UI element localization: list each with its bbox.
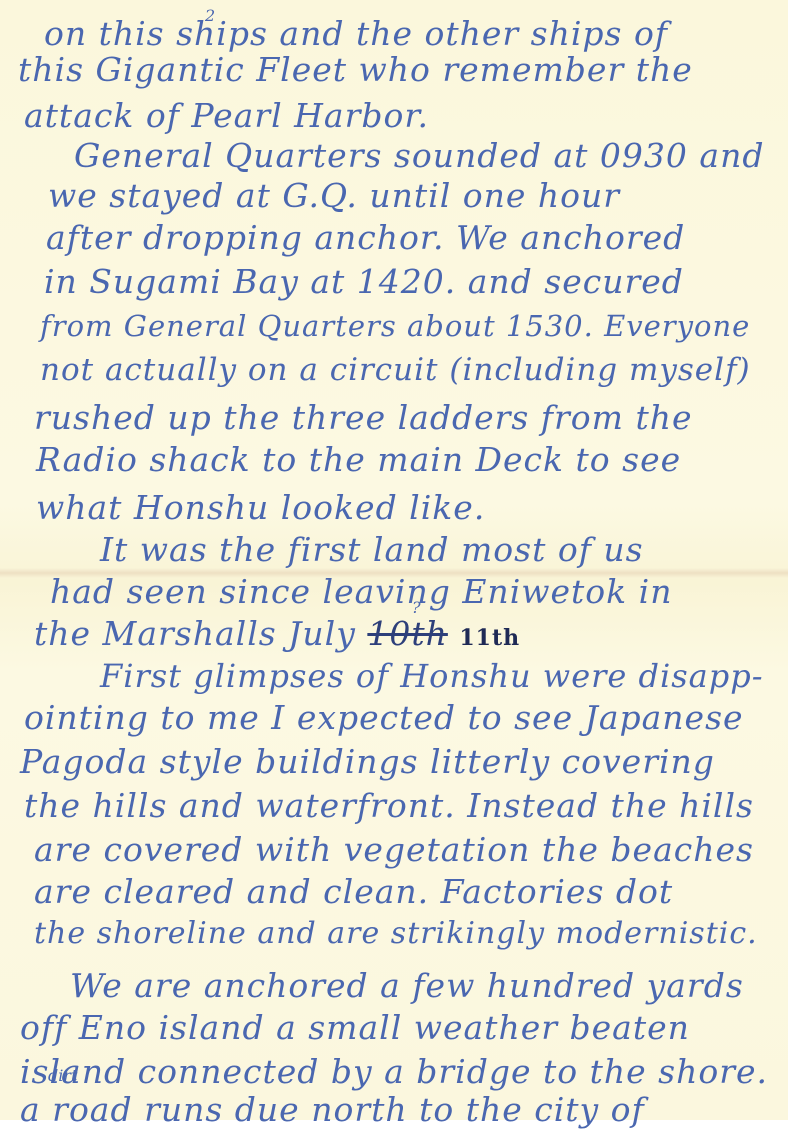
question-mark-annotation: ?	[412, 600, 421, 616]
text-line-10: rushed up the three ladders from the	[34, 398, 693, 438]
text-line-5: we stayed at G.Q. until one hour	[48, 176, 620, 216]
text-line-12: what Honshu looked like.	[36, 488, 485, 528]
text-line-14: had seen since leaving Eniwetok in	[50, 572, 672, 612]
text-line-18: Pagoda style buildings litterly covering	[20, 742, 715, 782]
text-line-6: after dropping anchor. We anchored	[46, 218, 685, 258]
text-line-1: on this ships and the other ships of	[44, 14, 668, 54]
text-line-3: attack of Pearl Harbor.	[24, 96, 429, 136]
text-line-22: the shoreline and are strikingly moderni…	[34, 914, 758, 954]
text-line-20: are covered with vegetation the beaches	[34, 830, 754, 870]
text-line-4: General Quarters sounded at 0930 and	[74, 136, 764, 176]
inserted-word-dirt: dirt	[48, 1068, 77, 1084]
text-line-24: off Eno island a small weather beaten	[20, 1008, 690, 1048]
text-line-17: ointing to me I expected to see Japanese	[24, 698, 744, 738]
letter-page: 2 on this ships and the other ships of t…	[0, 0, 788, 1120]
text-line-23: We are anchored a few hundred yards	[70, 966, 744, 1006]
text-line-15-main: the Marshalls July	[34, 614, 356, 653]
text-line-19: the hills and waterfront. Instead the hi…	[24, 786, 754, 826]
text-line-21: are cleared and clean. Factories dot	[34, 872, 673, 912]
text-line-7: in Sugami Bay at 1420. and secured	[44, 262, 684, 302]
text-line-16: First glimpses of Honshu were disapp-	[100, 656, 764, 696]
text-line-8: from General Quarters about 1530. Everyo…	[40, 306, 750, 346]
text-line-15: the Marshalls July 10th 11th	[34, 614, 520, 658]
corrected-date: 11th	[459, 625, 520, 651]
text-line-13: It was the first land most of us	[100, 530, 644, 570]
text-line-9: not actually on a circuit (including mys…	[40, 350, 751, 390]
text-line-11: Radio shack to the main Deck to see	[36, 440, 681, 480]
text-line-26: a road runs due north to the city of	[20, 1090, 645, 1130]
struck-date: 10th	[367, 614, 448, 653]
text-line-2: this Gigantic Fleet who remember the	[18, 50, 693, 90]
text-line-25: island connected by a bridge to the shor…	[20, 1052, 768, 1092]
